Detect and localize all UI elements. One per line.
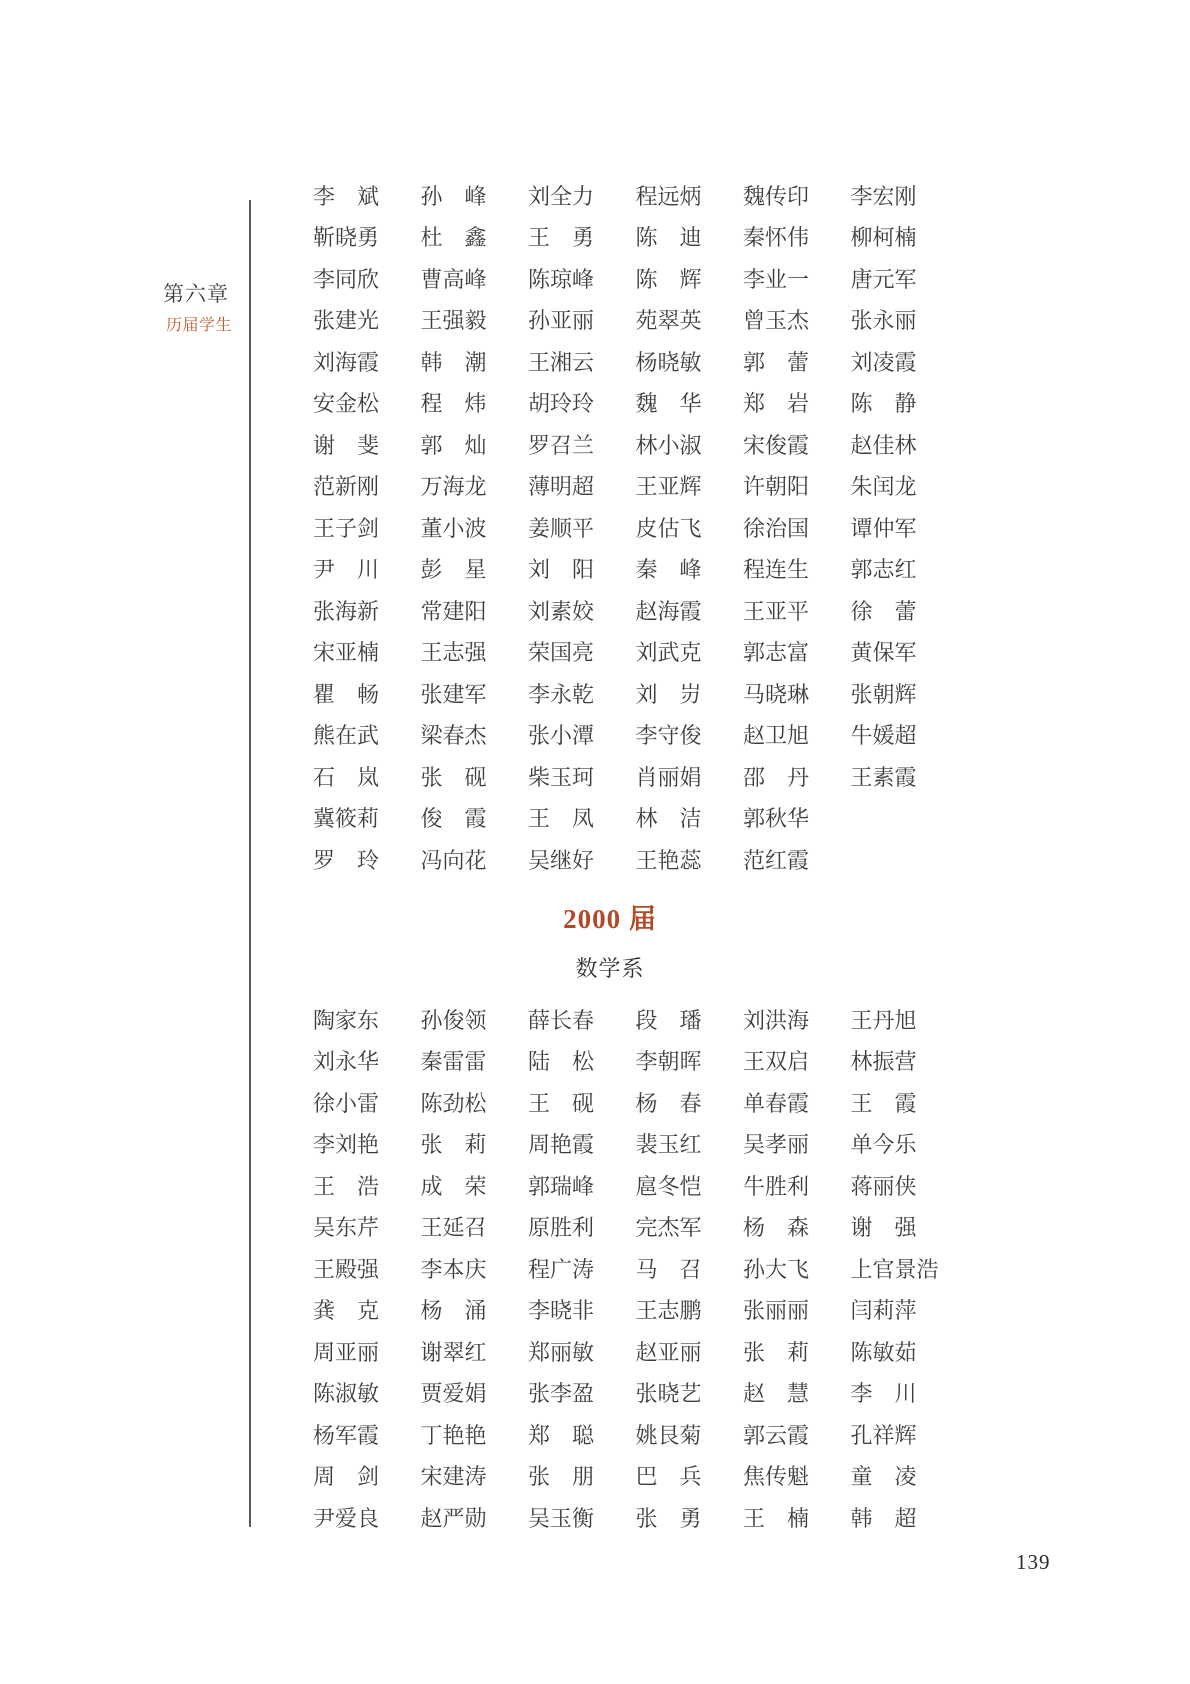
student-name: 谢强	[851, 1217, 917, 1239]
roster-cell: 郭蕾	[743, 342, 851, 384]
student-name: 皮估飞	[636, 518, 702, 540]
student-name: 郭秋华	[743, 808, 809, 830]
student-name: 王霞	[851, 1093, 917, 1115]
student-name: 杨春	[636, 1093, 702, 1115]
roster-cell: 杨军霞	[313, 1415, 421, 1457]
student-name: 秦雷雷	[421, 1051, 487, 1073]
student-name: 马晓琳	[743, 684, 809, 706]
roster-cell: 俊霞	[421, 799, 529, 841]
student-name: 张朋	[528, 1466, 594, 1488]
student-name: 张李盈	[528, 1383, 594, 1405]
roster-cell: 瞿畅	[313, 674, 421, 716]
student-name: 刘素姣	[528, 601, 594, 623]
student-name: 谭仲军	[851, 518, 917, 540]
student-name: 完杰军	[636, 1217, 702, 1239]
roster-cell: 吴玉衡	[528, 1498, 636, 1540]
student-name: 王湘云	[528, 352, 594, 374]
roster-cell: 秦雷雷	[421, 1042, 529, 1084]
roster-cell: 吴继好	[528, 840, 636, 882]
roster-cell: 裴玉红	[636, 1125, 744, 1167]
student-name: 牛媛超	[851, 725, 917, 747]
roster-cell: 巴兵	[636, 1457, 744, 1499]
roster-cell: 牛胜利	[743, 1166, 851, 1208]
roster-cell: 李斌	[313, 176, 421, 218]
roster-cell: 上官景浩	[851, 1249, 959, 1291]
roster-cell: 范红霞	[743, 840, 851, 882]
roster-cell: 贾爱娟	[421, 1374, 529, 1416]
student-name: 刘凌霞	[851, 352, 917, 374]
student-name: 张朝辉	[851, 684, 917, 706]
student-name: 王勇	[528, 227, 594, 249]
roster-cell: 王砚	[528, 1083, 636, 1125]
roster-cell: 闫莉萍	[851, 1291, 959, 1333]
roster-cell: 童凌	[851, 1457, 959, 1499]
student-name: 周艳霞	[528, 1134, 594, 1156]
roster-cell: 刘全力	[528, 176, 636, 218]
student-name: 陈琼峰	[528, 269, 594, 291]
roster-cell: 陈迪	[636, 218, 744, 260]
roster-cell: 陈琼峰	[528, 259, 636, 301]
roster-cell: 张建光	[313, 301, 421, 343]
student-name: 单今乐	[851, 1134, 917, 1156]
roster-cell: 孙俊领	[421, 1000, 529, 1042]
roster-cell: 王殿强	[313, 1249, 421, 1291]
student-name: 张丽丽	[743, 1300, 809, 1322]
roster-cell: 王强毅	[421, 301, 529, 343]
roster-cell: 单春霞	[743, 1083, 851, 1125]
roster-cell: 刘永华	[313, 1042, 421, 1084]
student-name: 许朝阳	[743, 476, 809, 498]
roster-cell: 孙亚丽	[528, 301, 636, 343]
student-name: 胡玲玲	[528, 393, 594, 415]
roster-cell: 赵佳林	[851, 425, 959, 467]
roster-cell: 李刘艳	[313, 1125, 421, 1167]
student-name: 范红霞	[743, 850, 809, 872]
roster-cell: 肖丽娟	[636, 757, 744, 799]
student-name: 吴继好	[528, 850, 594, 872]
student-name: 唐元军	[851, 269, 917, 291]
student-name: 王浩	[313, 1176, 379, 1198]
student-name: 尹川	[313, 559, 379, 581]
student-name: 郭云霞	[743, 1425, 809, 1447]
roster-cell: 薛长春	[528, 1000, 636, 1042]
roster-cell: 王勇	[528, 218, 636, 260]
roster-cell: 刘武克	[636, 633, 744, 675]
roster-cell: 荣国亮	[528, 633, 636, 675]
roster-cell: 林洁	[636, 799, 744, 841]
roster-cell: 郭秋华	[743, 799, 851, 841]
roster-cell: 姚艮菊	[636, 1415, 744, 1457]
roster-cell: 谢斐	[313, 425, 421, 467]
student-name: 肖丽娟	[636, 767, 702, 789]
roster-cell: 柴玉珂	[528, 757, 636, 799]
student-name: 郭志富	[743, 642, 809, 664]
roster-cell: 王凤	[528, 799, 636, 841]
student-name: 童凌	[851, 1466, 917, 1488]
student-name: 孔祥辉	[851, 1425, 917, 1447]
student-name: 赵慧	[743, 1383, 809, 1405]
student-name: 段璠	[636, 1010, 702, 1032]
student-name: 孙亚丽	[528, 310, 594, 332]
roster-cell: 刘阳	[528, 550, 636, 592]
page-number: 139	[1016, 1550, 1051, 1575]
student-name: 龚克	[313, 1300, 379, 1322]
student-name: 刘海霞	[313, 352, 379, 374]
roster-cell: 陶家东	[313, 1000, 421, 1042]
roster-cell: 陆松	[528, 1042, 636, 1084]
roster-cell: 张朝辉	[851, 674, 959, 716]
roster-cell: 李晓非	[528, 1291, 636, 1333]
roster-cell: 梁春杰	[421, 716, 529, 758]
student-name: 刘全力	[528, 186, 594, 208]
roster-cell: 罗玲	[313, 840, 421, 882]
chapter-divider-line	[249, 200, 251, 1527]
roster-cell: 熊在武	[313, 716, 421, 758]
roster-cell: 冀筱莉	[313, 799, 421, 841]
roster-cell: 王艳蕊	[636, 840, 744, 882]
roster-cell: 李朝晖	[636, 1042, 744, 1084]
roster-cell: 胡玲玲	[528, 384, 636, 426]
book-page: 第六章 历届学生 李斌孙峰刘全力程远炳魏传印李宏刚靳晓勇杜鑫王勇陈迪秦怀伟柳柯楠…	[0, 0, 1190, 1684]
student-name: 瞿畅	[313, 684, 379, 706]
student-name: 丁艳艳	[421, 1425, 487, 1447]
roster-cell: 龚克	[313, 1291, 421, 1333]
roster-cell: 张小潭	[528, 716, 636, 758]
student-name: 林洁	[636, 808, 702, 830]
chapter-title: 第六章	[163, 278, 243, 308]
roster-cell: 陈辉	[636, 259, 744, 301]
roster-cell: 张海新	[313, 591, 421, 633]
student-name: 杨涌	[421, 1300, 487, 1322]
roster-cell	[851, 840, 959, 882]
student-name: 张小潭	[528, 725, 594, 747]
student-name: 林振营	[851, 1051, 917, 1073]
student-roster-continued: 李斌孙峰刘全力程远炳魏传印李宏刚靳晓勇杜鑫王勇陈迪秦怀伟柳柯楠李同欣曹高峰陈琼峰…	[313, 176, 958, 882]
roster-cell: 杨春	[636, 1083, 744, 1125]
student-name: 薄明超	[528, 476, 594, 498]
student-name: 程炜	[421, 393, 487, 415]
student-name: 张莉	[743, 1342, 809, 1364]
student-name: 成荣	[421, 1176, 487, 1198]
student-name: 李朝晖	[636, 1051, 702, 1073]
roster-cell: 黄保军	[851, 633, 959, 675]
student-name: 陶家东	[313, 1010, 379, 1032]
student-name: 李永乾	[528, 684, 594, 706]
roster-cell: 程炜	[421, 384, 529, 426]
roster-cell: 韩超	[851, 1498, 959, 1540]
roster-cell: 杜鑫	[421, 218, 529, 260]
student-name: 程连生	[743, 559, 809, 581]
roster-cell: 李永乾	[528, 674, 636, 716]
student-name: 巴兵	[636, 1466, 702, 1488]
student-name: 陈劲松	[421, 1093, 487, 1115]
roster-cell: 王楠	[743, 1498, 851, 1540]
roster-cell: 谭仲军	[851, 508, 959, 550]
student-name: 赵佳林	[851, 435, 917, 457]
student-name: 王子剑	[313, 518, 379, 540]
student-name: 蒋丽侠	[851, 1176, 917, 1198]
student-name: 李宏刚	[851, 186, 917, 208]
roster-cell: 张莉	[421, 1125, 529, 1167]
roster-cell: 韩潮	[421, 342, 529, 384]
roster-cell: 常建阳	[421, 591, 529, 633]
student-name: 刘洪海	[743, 1010, 809, 1032]
student-name: 徐治国	[743, 518, 809, 540]
roster-cell: 周剑	[313, 1457, 421, 1499]
roster-cell: 王亚辉	[636, 467, 744, 509]
roster-cell: 王亚平	[743, 591, 851, 633]
student-name: 王素霞	[851, 767, 917, 789]
roster-cell: 张晓艺	[636, 1374, 744, 1416]
roster-cell: 李守俊	[636, 716, 744, 758]
student-name: 刘武克	[636, 642, 702, 664]
student-name: 王丹旭	[851, 1010, 917, 1032]
student-name: 郑岩	[743, 393, 809, 415]
student-name: 刘永华	[313, 1051, 379, 1073]
roster-cell: 安金松	[313, 384, 421, 426]
student-name: 谢斐	[313, 435, 379, 457]
student-name: 李同欣	[313, 269, 379, 291]
student-name: 闫莉萍	[851, 1300, 917, 1322]
student-name: 陈敏茹	[851, 1342, 917, 1364]
student-name: 彭星	[421, 559, 487, 581]
roster-cell: 成荣	[421, 1166, 529, 1208]
roster-cell: 朱闰龙	[851, 467, 959, 509]
student-name: 万海龙	[421, 476, 487, 498]
roster-cell: 王丹旭	[851, 1000, 959, 1042]
roster-cell: 秦峰	[636, 550, 744, 592]
roster-cell: 冯向花	[421, 840, 529, 882]
roster-cell: 魏传印	[743, 176, 851, 218]
student-name: 黄保军	[851, 642, 917, 664]
roster-cell: 赵亚丽	[636, 1332, 744, 1374]
roster-cell: 薄明超	[528, 467, 636, 509]
roster-cell: 吴孝丽	[743, 1125, 851, 1167]
roster-cell: 郭志红	[851, 550, 959, 592]
roster-cell: 丁艳艳	[421, 1415, 529, 1457]
student-name: 杨森	[743, 1217, 809, 1239]
student-name: 林小淑	[636, 435, 702, 457]
student-name: 王延召	[421, 1217, 487, 1239]
student-name: 程广涛	[528, 1259, 594, 1281]
student-name: 薛长春	[528, 1010, 594, 1032]
roster-cell: 张李盈	[528, 1374, 636, 1416]
student-name: 单春霞	[743, 1093, 809, 1115]
student-roster-2000: 陶家东孙俊领薛长春段璠刘洪海王丹旭刘永华秦雷雷陆松李朝晖王双启林振营徐小雷陈劲松…	[313, 1000, 958, 1540]
roster-cell: 原胜利	[528, 1208, 636, 1250]
student-name: 宋建涛	[421, 1466, 487, 1488]
roster-cell	[851, 799, 959, 841]
student-name: 靳晓勇	[313, 227, 379, 249]
student-name: 程远炳	[636, 186, 702, 208]
roster-cell: 完杰军	[636, 1208, 744, 1250]
roster-cell: 苑翠英	[636, 301, 744, 343]
roster-cell: 范新刚	[313, 467, 421, 509]
roster-cell: 郭瑞峰	[528, 1166, 636, 1208]
roster-cell: 张勇	[636, 1498, 744, 1540]
student-name: 曹高峰	[421, 269, 487, 291]
roster-cell: 张丽丽	[743, 1291, 851, 1333]
student-name: 王殿强	[313, 1259, 379, 1281]
student-name: 陈辉	[636, 269, 702, 291]
roster-cell: 李川	[851, 1374, 959, 1416]
student-name: 罗召兰	[528, 435, 594, 457]
roster-cell: 刘洪海	[743, 1000, 851, 1042]
student-name: 王双启	[743, 1051, 809, 1073]
student-name: 董小波	[421, 518, 487, 540]
roster-cell: 李本庆	[421, 1249, 529, 1291]
student-name: 陆松	[528, 1051, 594, 1073]
student-name: 徐小雷	[313, 1093, 379, 1115]
student-name: 张莉	[421, 1134, 487, 1156]
student-name: 裴玉红	[636, 1134, 702, 1156]
student-name: 柳柯楠	[851, 227, 917, 249]
roster-cell: 林小淑	[636, 425, 744, 467]
roster-cell: 刘海霞	[313, 342, 421, 384]
student-name: 李刘艳	[313, 1134, 379, 1156]
roster-cell: 周艳霞	[528, 1125, 636, 1167]
student-name: 郭蕾	[743, 352, 809, 374]
roster-cell: 王霞	[851, 1083, 959, 1125]
student-name: 赵海霞	[636, 601, 702, 623]
student-name: 王亚辉	[636, 476, 702, 498]
roster-cell: 王浩	[313, 1166, 421, 1208]
roster-cell: 许朝阳	[743, 467, 851, 509]
student-name: 马召	[636, 1259, 702, 1281]
roster-cell: 赵严勋	[421, 1498, 529, 1540]
student-name: 王强毅	[421, 310, 487, 332]
class-2000-heading: 2000 届	[313, 902, 907, 936]
roster-cell: 姜顺平	[528, 508, 636, 550]
roster-cell: 郭云霞	[743, 1415, 851, 1457]
roster-cell: 魏华	[636, 384, 744, 426]
roster-cell: 宋建涛	[421, 1457, 529, 1499]
student-name: 邵丹	[743, 767, 809, 789]
student-name: 周亚丽	[313, 1342, 379, 1364]
roster-cell: 郑岩	[743, 384, 851, 426]
student-name: 李川	[851, 1383, 917, 1405]
student-name: 王亚平	[743, 601, 809, 623]
student-name: 王砚	[528, 1093, 594, 1115]
student-name: 王志鹏	[636, 1300, 702, 1322]
student-name: 姜顺平	[528, 518, 594, 540]
student-name: 李晓非	[528, 1300, 594, 1322]
roster-cell: 宋俊霞	[743, 425, 851, 467]
student-name: 焦传魁	[743, 1466, 809, 1488]
roster-cell: 杨晓敏	[636, 342, 744, 384]
roster-cell: 张砚	[421, 757, 529, 799]
student-name: 王楠	[743, 1508, 809, 1530]
roster-cell: 唐元军	[851, 259, 959, 301]
roster-cell: 罗召兰	[528, 425, 636, 467]
roster-cell: 皮估飞	[636, 508, 744, 550]
student-name: 贾爱娟	[421, 1383, 487, 1405]
student-name: 朱闰龙	[851, 476, 917, 498]
roster-cell: 谢翠红	[421, 1332, 529, 1374]
student-name: 徐蕾	[851, 601, 917, 623]
student-name: 孙峰	[421, 186, 487, 208]
roster-cell: 陈淑敏	[313, 1374, 421, 1416]
student-name: 陈淑敏	[313, 1383, 379, 1405]
roster-cell: 张莉	[743, 1332, 851, 1374]
student-name: 魏传印	[743, 186, 809, 208]
roster-cell: 赵海霞	[636, 591, 744, 633]
roster-cell: 郑聪	[528, 1415, 636, 1457]
roster-cell: 王延召	[421, 1208, 529, 1250]
student-name: 张建光	[313, 310, 379, 332]
roster-cell: 石岚	[313, 757, 421, 799]
roster-cell: 马晓琳	[743, 674, 851, 716]
roster-cell: 彭星	[421, 550, 529, 592]
roster-cell: 吴东芹	[313, 1208, 421, 1250]
roster-cell: 刘素姣	[528, 591, 636, 633]
student-name: 陈静	[851, 393, 917, 415]
roster-cell: 董小波	[421, 508, 529, 550]
student-name: 李守俊	[636, 725, 702, 747]
roster-cell: 陈敏茹	[851, 1332, 959, 1374]
student-name: 韩超	[851, 1508, 917, 1530]
student-name: 赵卫旭	[743, 725, 809, 747]
roster-cell: 蒋丽侠	[851, 1166, 959, 1208]
roster-cell: 杨涌	[421, 1291, 529, 1333]
roster-cell: 王子剑	[313, 508, 421, 550]
roster-cell: 陈劲松	[421, 1083, 529, 1125]
roster-cell: 王志强	[421, 633, 529, 675]
student-name: 宋亚楠	[313, 642, 379, 664]
student-name: 尹爱良	[313, 1508, 379, 1530]
roster-cell: 王志鹏	[636, 1291, 744, 1333]
student-name: 秦怀伟	[743, 227, 809, 249]
student-name: 郭志红	[851, 559, 917, 581]
roster-cell: 郭灿	[421, 425, 529, 467]
student-name: 杨晓敏	[636, 352, 702, 374]
roster-cell: 王双启	[743, 1042, 851, 1084]
roster-cell: 徐治国	[743, 508, 851, 550]
student-name: 上官景浩	[851, 1259, 939, 1281]
student-name: 王志强	[421, 642, 487, 664]
student-name: 赵严勋	[421, 1508, 487, 1530]
student-name: 冀筱莉	[313, 808, 379, 830]
student-name: 吴玉衡	[528, 1508, 594, 1530]
roster-cell: 谢强	[851, 1208, 959, 1250]
student-name: 李斌	[313, 186, 379, 208]
student-name: 张海新	[313, 601, 379, 623]
roster-cell: 王湘云	[528, 342, 636, 384]
student-name: 冯向花	[421, 850, 487, 872]
student-name: 张勇	[636, 1508, 702, 1530]
student-name: 曾玉杰	[743, 310, 809, 332]
student-name: 梁春杰	[421, 725, 487, 747]
roster-cell: 扈冬恺	[636, 1166, 744, 1208]
student-name: 张永丽	[851, 310, 917, 332]
student-name: 张建军	[421, 684, 487, 706]
student-name: 韩潮	[421, 352, 487, 374]
roster-cell: 万海龙	[421, 467, 529, 509]
student-name: 吴东芹	[313, 1217, 379, 1239]
roster-cell: 程广涛	[528, 1249, 636, 1291]
student-name: 姚艮菊	[636, 1425, 702, 1447]
student-name: 周剑	[313, 1466, 379, 1488]
roster-cell: 杨森	[743, 1208, 851, 1250]
roster-cell: 刘凌霞	[851, 342, 959, 384]
student-name: 魏华	[636, 393, 702, 415]
student-name: 常建阳	[421, 601, 487, 623]
student-name: 陈迪	[636, 227, 702, 249]
roster-cell: 李业一	[743, 259, 851, 301]
student-name: 秦峰	[636, 559, 702, 581]
roster-cell: 靳晓勇	[313, 218, 421, 260]
student-name: 张砚	[421, 767, 487, 789]
